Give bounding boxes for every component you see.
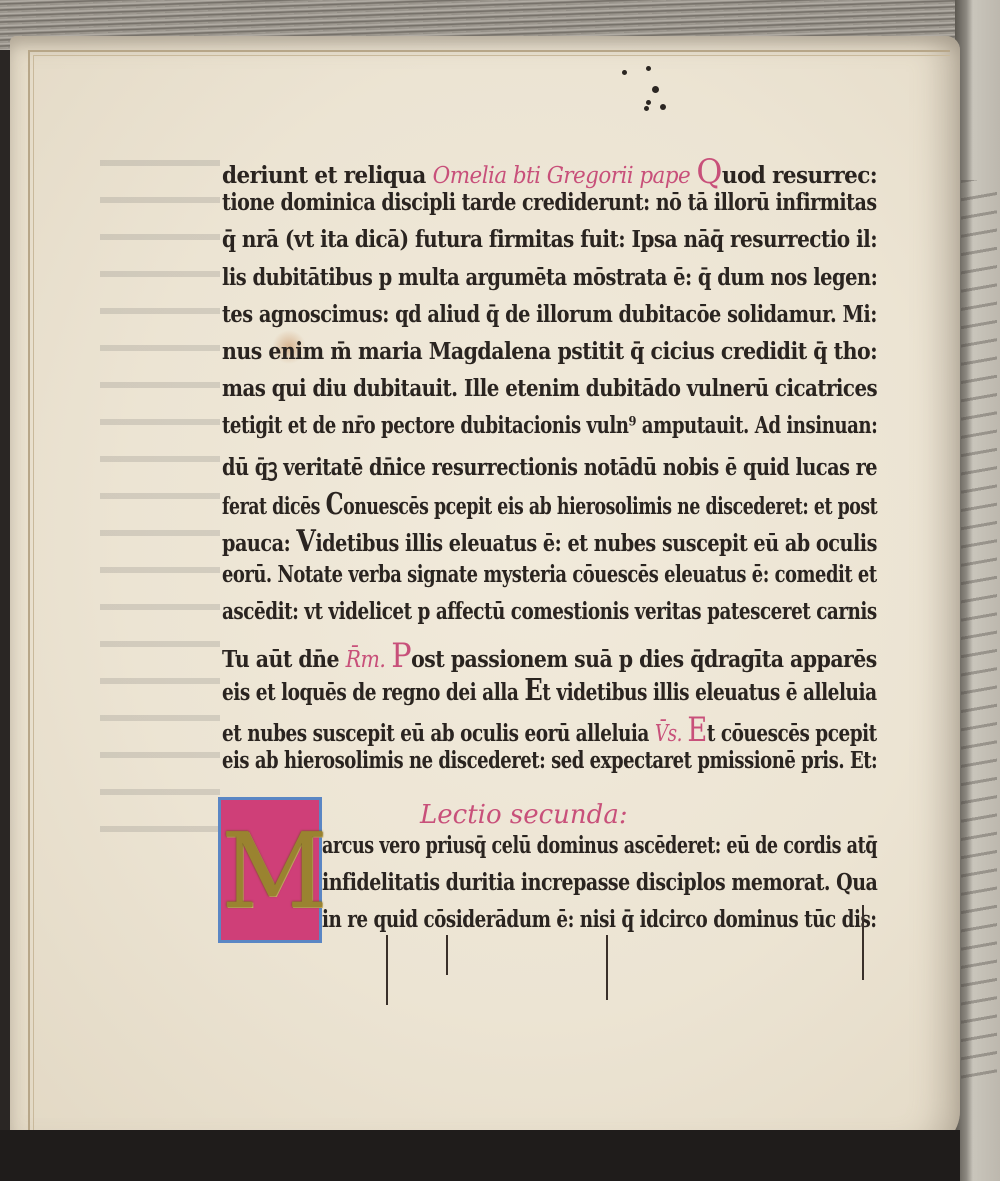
descender-stroke bbox=[386, 935, 388, 1005]
text-run: infidelitatis duritia increpasse discipl… bbox=[322, 869, 877, 896]
text-run: ferat dicēs bbox=[222, 493, 326, 520]
text-run: eis ab hierosolimis ne discederet: sed e… bbox=[222, 747, 877, 774]
text-line: tetigit et de nr̄o pectore dubitacionis … bbox=[222, 412, 877, 452]
text-line: ascēdit: vt videlicet p affectū comestio… bbox=[222, 598, 877, 638]
section-heading: Lectio secunda: bbox=[420, 800, 628, 830]
text-line: lis dubitātibus p multa argumēta mōstrat… bbox=[222, 264, 877, 304]
text-run: ascēdit: vt videlicet p affectū comestio… bbox=[222, 598, 877, 625]
text-run: dū q̄ꝫ veritatē dn̄ice resurrectionis no… bbox=[222, 454, 877, 481]
text-run: onuescēs pcepit eis ab hierosolimis ne d… bbox=[343, 493, 877, 520]
text-line: tione dominica discipli tarde crediderun… bbox=[222, 189, 877, 229]
text-run: nus enim m̄ maria Magdalena pstitit q̄ c… bbox=[222, 338, 877, 365]
text-line: deriunt et reliqua Omelia bti Gregorii p… bbox=[222, 152, 877, 192]
text-run: arcus vero priusq̄ celū dominus ascēdere… bbox=[322, 832, 877, 859]
text-run: eorū. Notate verba signate mysteria cōue… bbox=[222, 561, 877, 588]
initial-letter: M bbox=[221, 810, 319, 932]
rubric-text: R̄m. bbox=[346, 647, 392, 673]
capital-letter: E bbox=[524, 673, 542, 708]
text-run: tetigit et de nr̄o pectore dubitacionis … bbox=[222, 412, 877, 439]
text-run: t videtibus illis eleuatus ē alleluia bbox=[542, 679, 876, 706]
text-line: nus enim m̄ maria Magdalena pstitit q̄ c… bbox=[222, 338, 877, 378]
text-run: eis et loquēs de regno dei alla bbox=[222, 679, 524, 706]
text-line: Tu aūt dn̄e R̄m. Post passionem suā p di… bbox=[222, 636, 877, 676]
illuminated-initial: M bbox=[218, 797, 322, 943]
capital-letter: C bbox=[326, 487, 344, 522]
descender-stroke bbox=[446, 935, 448, 975]
text-line: eis ab hierosolimis ne discederet: sed e… bbox=[222, 747, 877, 787]
ink-dots bbox=[616, 66, 686, 116]
rubric-text: E bbox=[687, 710, 706, 750]
text-line: eis et loquēs de regno dei alla Et videt… bbox=[222, 673, 877, 713]
text-line: infidelitatis duritia increpasse discipl… bbox=[322, 869, 877, 909]
text-run: lis dubitātibus p multa argumēta mōstrat… bbox=[222, 264, 877, 291]
text-line: eorū. Notate verba signate mysteria cōue… bbox=[222, 561, 877, 601]
text-line: pauca: Videtibus illis eleuatus ē: et nu… bbox=[222, 524, 877, 564]
text-run: tione dominica discipli tarde crediderun… bbox=[222, 189, 877, 216]
text-run: idetibus illis eleuatus ē: et nubes susc… bbox=[315, 530, 877, 557]
text-line: q̄ nrā (vt ita dicā) futura firmitas fui… bbox=[222, 226, 877, 266]
capital-letter: V bbox=[296, 524, 315, 559]
show-through-text bbox=[100, 160, 220, 860]
text-line: dū q̄ꝫ veritatē dn̄ice resurrectionis no… bbox=[222, 450, 877, 490]
text-line: in re quid cōsiderādum ē: nisi q̄ idcirc… bbox=[322, 906, 877, 946]
rubric-text: P bbox=[391, 636, 411, 676]
text-line: mas qui diu dubitauit. Ille etenim dubit… bbox=[222, 375, 877, 415]
text-line: ferat dicēs Conuescēs pcepit eis ab hier… bbox=[222, 487, 877, 527]
facing-page-edge bbox=[955, 0, 1000, 1181]
text-run: deriunt et reliqua bbox=[222, 162, 433, 189]
text-run: q̄ nrā (vt ita dicā) futura firmitas fui… bbox=[222, 226, 877, 253]
rubric-text: Q bbox=[696, 152, 721, 192]
text-line: et nubes suscepit eū ab oculis eorū alle… bbox=[222, 710, 877, 750]
text-run: ost passionem suā p dies q̄dragīta appar… bbox=[411, 646, 877, 673]
text-run: uod resurrec: bbox=[722, 162, 877, 189]
text-run: mas qui diu dubitauit. Ille etenim dubit… bbox=[222, 375, 877, 402]
rubric-text: Omelia bti Gregorii pape bbox=[433, 163, 697, 189]
descender-stroke bbox=[862, 905, 864, 980]
descender-stroke bbox=[606, 935, 608, 1000]
text-run: t cōuescēs pcepit bbox=[707, 720, 877, 747]
text-run: pauca: bbox=[222, 530, 296, 557]
rubric-text: V̄s. bbox=[655, 721, 688, 747]
text-line: arcus vero priusq̄ celū dominus ascēdere… bbox=[322, 832, 877, 872]
text-run: in re quid cōsiderādum ē: nisi q̄ idcirc… bbox=[322, 906, 877, 933]
text-run: tes agnoscimus: qd aliud q̄ de illorum d… bbox=[222, 301, 877, 328]
text-run: et nubes suscepit eū ab oculis eorū alle… bbox=[222, 720, 655, 747]
table-background bbox=[0, 1130, 960, 1181]
facing-page-text bbox=[961, 180, 997, 1080]
text-line: tes agnoscimus: qd aliud q̄ de illorum d… bbox=[222, 301, 877, 341]
text-run: Tu aūt dn̄e bbox=[222, 646, 346, 673]
